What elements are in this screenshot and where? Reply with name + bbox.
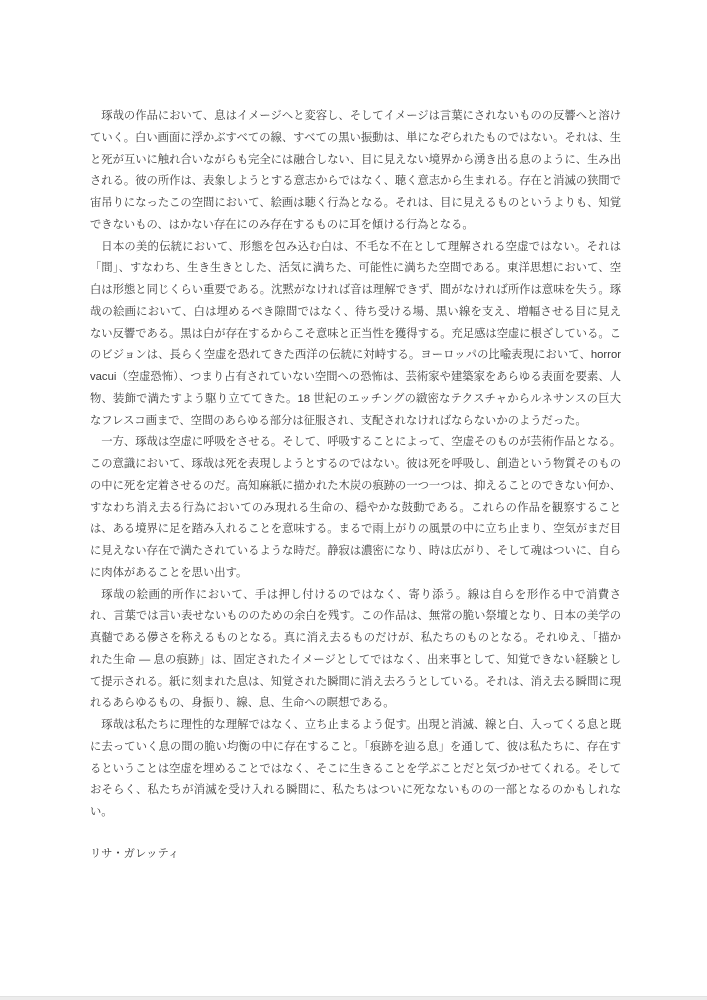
essay-paragraph-3: 一方、琢哉は空虚に呼吸をさせる。そして、呼吸することによって、空虚そのものが芸術… [90,432,621,584]
essay-body: 琢哉の作品において、息はイメージへと変容し、そしてイメージは言葉にされないものの… [90,106,621,866]
document-page: 琢哉の作品において、息はイメージへと変容し、そしてイメージは言葉にされないものの… [0,0,707,1000]
essay-paragraph-4: 琢哉の絵画的所作において、手は押し付けるのではなく、寄り添う。線は自らを形作る中… [90,585,621,716]
author-signature: リサ・ガレッティ [90,844,621,866]
essay-paragraph-1: 琢哉の作品において、息はイメージへと変容し、そしてイメージは言葉にされないものの… [90,106,621,237]
essay-paragraph-5: 琢哉は私たちに理性的な理解ではなく、立ち止まるよう促す。出現と消滅、線と白、入っ… [90,715,621,824]
essay-paragraph-2: 日本の美的伝統において、形態を包み込む白は、不毛な不在として理解される空虚ではな… [90,237,621,433]
page-bottom-edge [0,996,707,1000]
